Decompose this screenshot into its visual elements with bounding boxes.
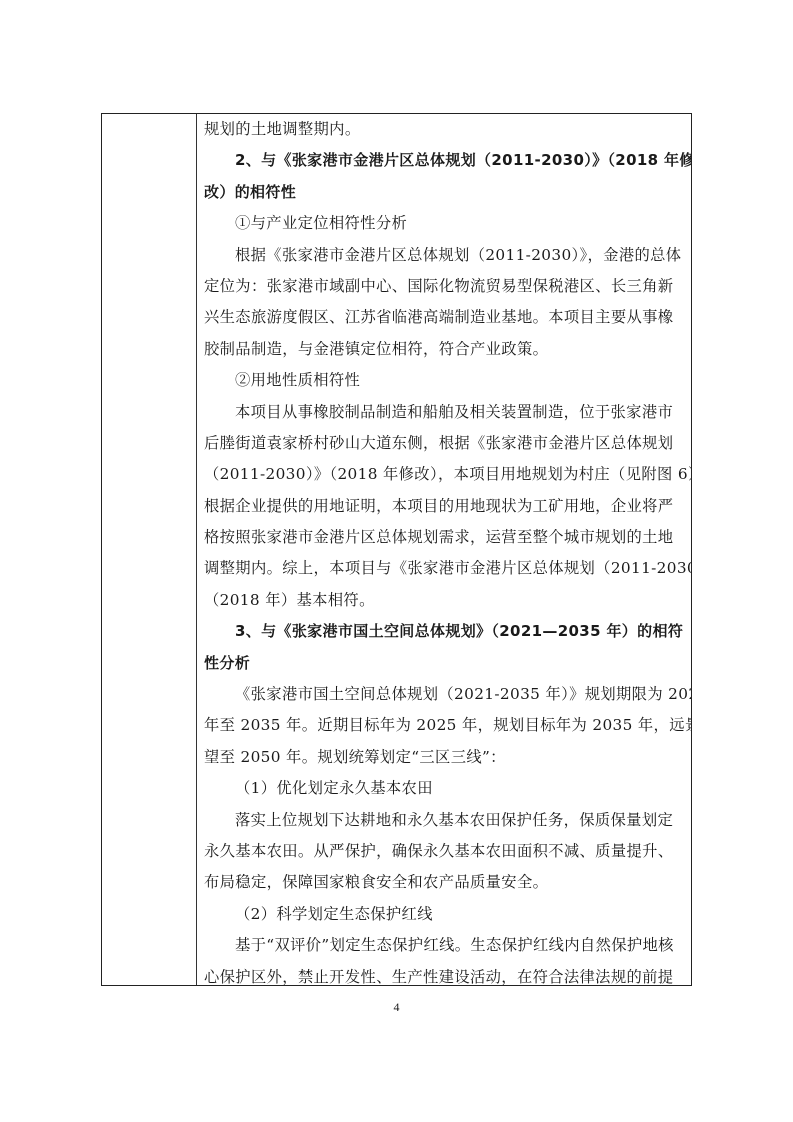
section-heading-line: 2、与《张家港市金港片区总体规划（2011-2030）》（2018 年修 (204, 145, 684, 176)
paragraph-line: 根据企业提供的用地证明，本项目的用地现状为工矿用地，企业将严 (204, 491, 684, 522)
section-heading-line: 性分析 (204, 648, 684, 679)
paragraph-line: 根据《张家港市金港片区总体规划（2011-2030）》，金港的总体 (204, 240, 684, 271)
paragraph-line: （2）科学划定生态保护红线 (204, 899, 684, 930)
paragraph-line: 《张家港市国土空间总体规划（2021-2035 年）》规划期限为 2021 (204, 679, 684, 710)
paragraph-line: 永久基本农田。从严保护，确保永久基本农田面积不减、质量提升、 (204, 836, 684, 867)
paragraph-line: 落实上位规划下达耕地和永久基本农田保护任务，保质保量划定 (204, 805, 684, 836)
paragraph-line: 布局稳定，保障国家粮食安全和农产品质量安全。 (204, 867, 684, 898)
section-heading-line: 改）的相符性 (204, 177, 684, 208)
paragraph-line: 基于“双评价”划定生态保护红线。生态保护红线内自然保护地核 (204, 930, 684, 961)
page-number: 4 (0, 1000, 793, 1015)
paragraph-line: （2011-2030）》（2018 年修改），本项目用地规划为村庄（见附图 6）… (204, 459, 684, 490)
paragraph-line: 年至 2035 年。近期目标年为 2025 年，规划目标年为 2035 年，远景… (204, 710, 684, 741)
paragraph-line: （1）优化划定永久基本农田 (204, 773, 684, 804)
paragraph-line: 规划的土地调整期内。 (204, 114, 684, 145)
paragraph-line: 格按照张家港市金港片区总体规划需求，运营至整个城市规划的土地 (204, 522, 684, 553)
paragraph-line: （2018 年）基本相符。 (204, 585, 684, 616)
paragraph-line: 胶制品制造，与金港镇定位相符，符合产业政策。 (204, 334, 684, 365)
paragraph-line: ②用地性质相符性 (204, 365, 684, 396)
table-label-cell (102, 114, 197, 985)
table-content-cell: 规划的土地调整期内。2、与《张家港市金港片区总体规划（2011-2030）》（2… (197, 114, 691, 985)
paragraph-line: 心保护区外，禁止开发性、生产性建设活动，在符合法律法规的前提 (204, 962, 684, 985)
paragraph-line: ①与产业定位相符性分析 (204, 208, 684, 239)
paragraph-line: 调整期内。综上，本项目与《张家港市金港片区总体规划（2011-2030）》 (204, 553, 684, 584)
paragraph-line: 望至 2050 年。规划统筹划定“三区三线”： (204, 742, 684, 773)
paragraph-line: 后塍街道袁家桥村砂山大道东侧，根据《张家港市金港片区总体规划 (204, 428, 684, 459)
paragraph-line: 兴生态旅游度假区、江苏省临港高端制造业基地。本项目主要从事橡 (204, 302, 684, 333)
content-table: 规划的土地调整期内。2、与《张家港市金港片区总体规划（2011-2030）》（2… (101, 113, 692, 986)
paragraph-line: 本项目从事橡胶制品制造和船舶及相关装置制造，位于张家港市 (204, 397, 684, 428)
section-heading-line: 3、与《张家港市国土空间总体规划》（2021—2035 年）的相符 (204, 616, 684, 647)
paragraph-line: 定位为：张家港市域副中心、国际化物流贸易型保税港区、长三角新 (204, 271, 684, 302)
